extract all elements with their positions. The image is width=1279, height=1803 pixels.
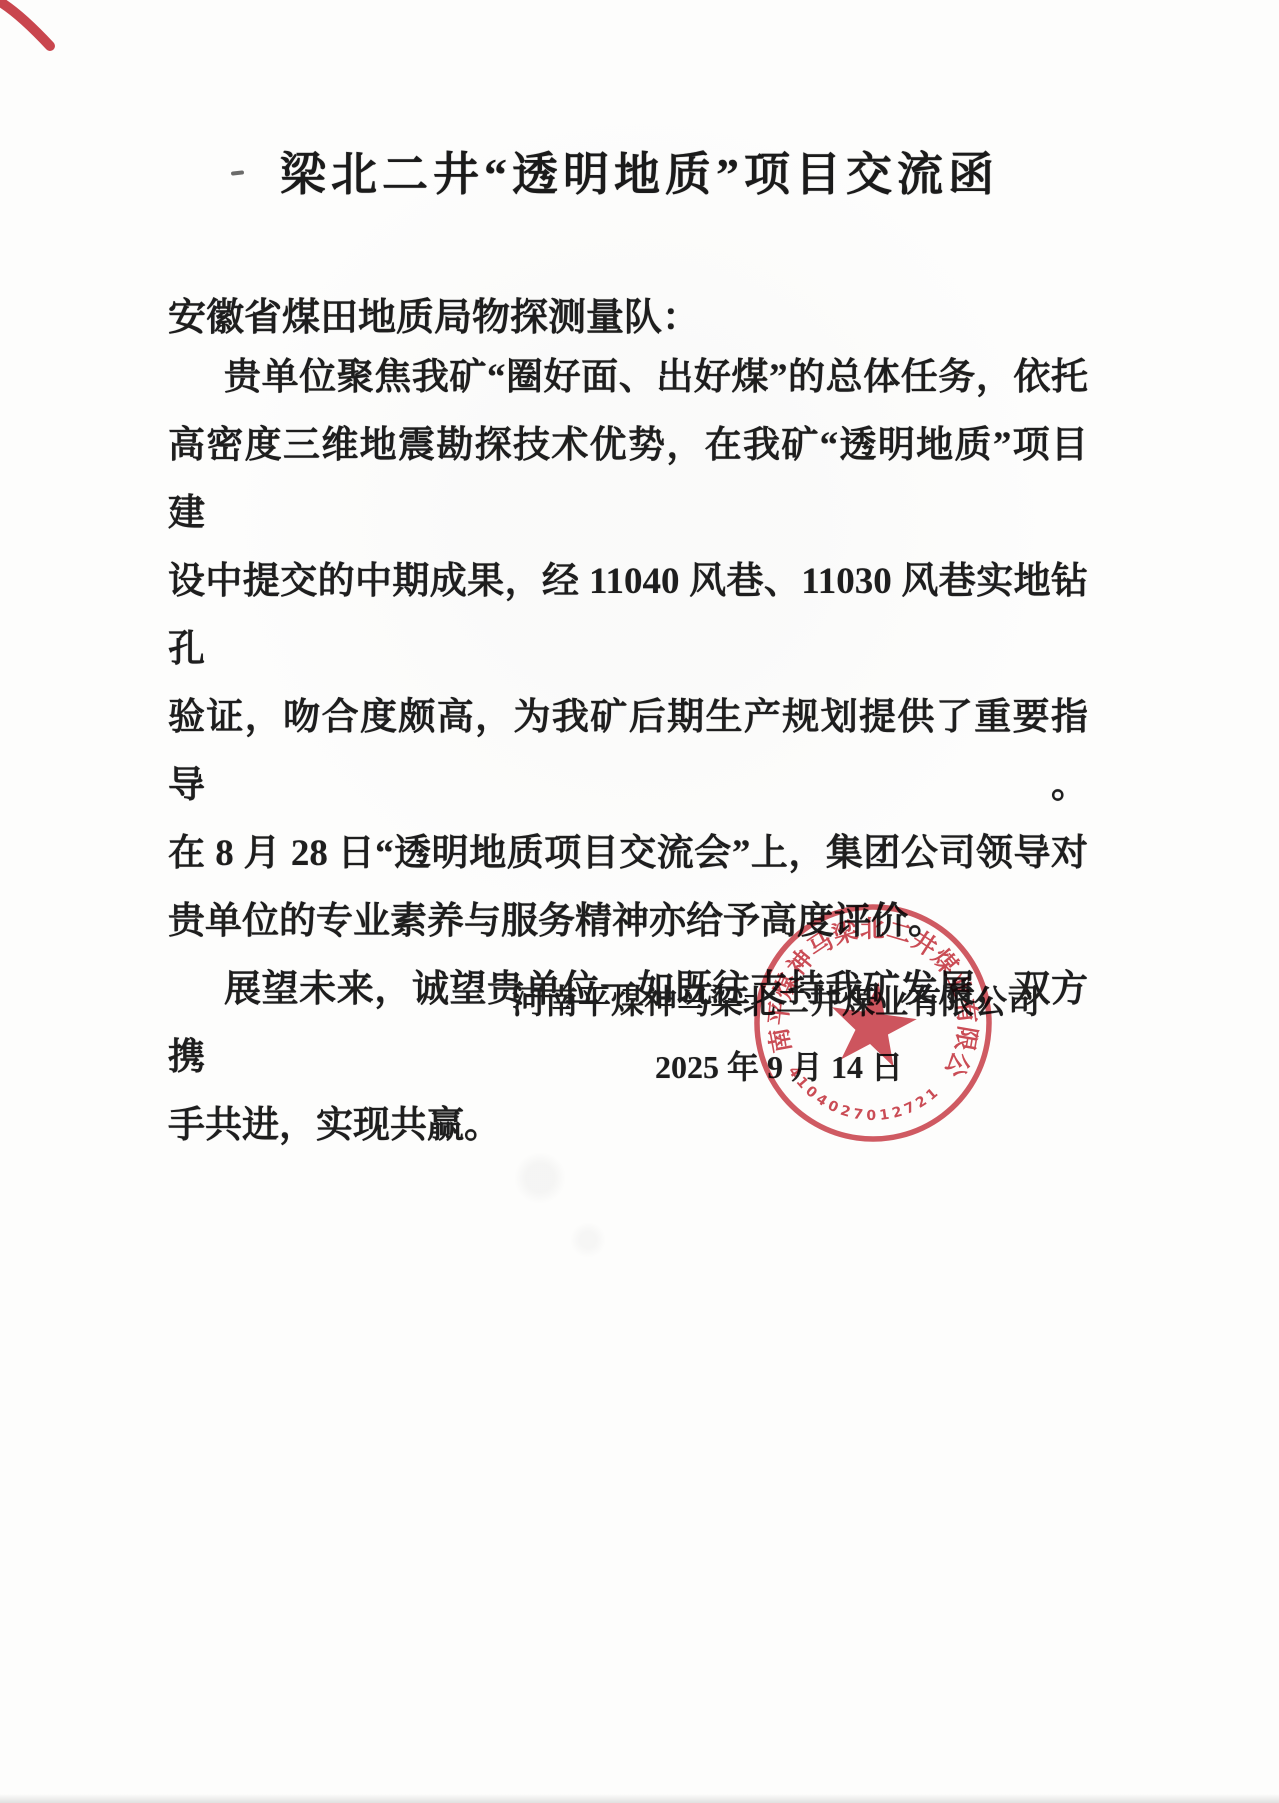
body-line: 高密度三维地震勘探技术优势，在我矿“透明地质”项目建 <box>168 412 1088 548</box>
document-title: 梁北二井“透明地质”项目交流函 <box>0 138 1279 204</box>
seal-serial-number: 4104027012721 <box>779 1062 945 1134</box>
letter-page: 梁北二井“透明地质”项目交流函 安徽省煤田地质局物探测量队： 贵单位聚焦我矿“圈… <box>0 0 1279 1803</box>
scan-bottom-edge <box>0 1794 1279 1803</box>
red-corner-mark <box>0 0 70 60</box>
official-seal: 河南平煤神马梁北二井煤业有限公司 4104027012721 <box>750 900 996 1146</box>
salutation: 安徽省煤田地质局物探测量队： <box>168 286 1108 341</box>
svg-text:河南平煤神马梁北二井煤业有限公司: 河南平煤神马梁北二井煤业有限公司 <box>750 900 996 1084</box>
body-line: 设中提交的中期成果，经 11040 风巷、11030 风巷实地钻孔 <box>168 548 1088 684</box>
body-line: 在 8 月 28 日“透明地质项目交流会”上，集团公司领导对 <box>168 820 1088 888</box>
seal-star-icon <box>825 976 921 1069</box>
body-line: 验证，吻合度颇高，为我矿后期生产规划提供了重要指导。 <box>168 684 1088 820</box>
body-line: 贵单位聚焦我矿“圈好面、出好煤”的总体任务，依托 <box>168 344 1088 412</box>
svg-text:4104027012721: 4104027012721 <box>779 1062 945 1134</box>
seal-ring-text: 河南平煤神马梁北二井煤业有限公司 <box>750 900 996 1084</box>
